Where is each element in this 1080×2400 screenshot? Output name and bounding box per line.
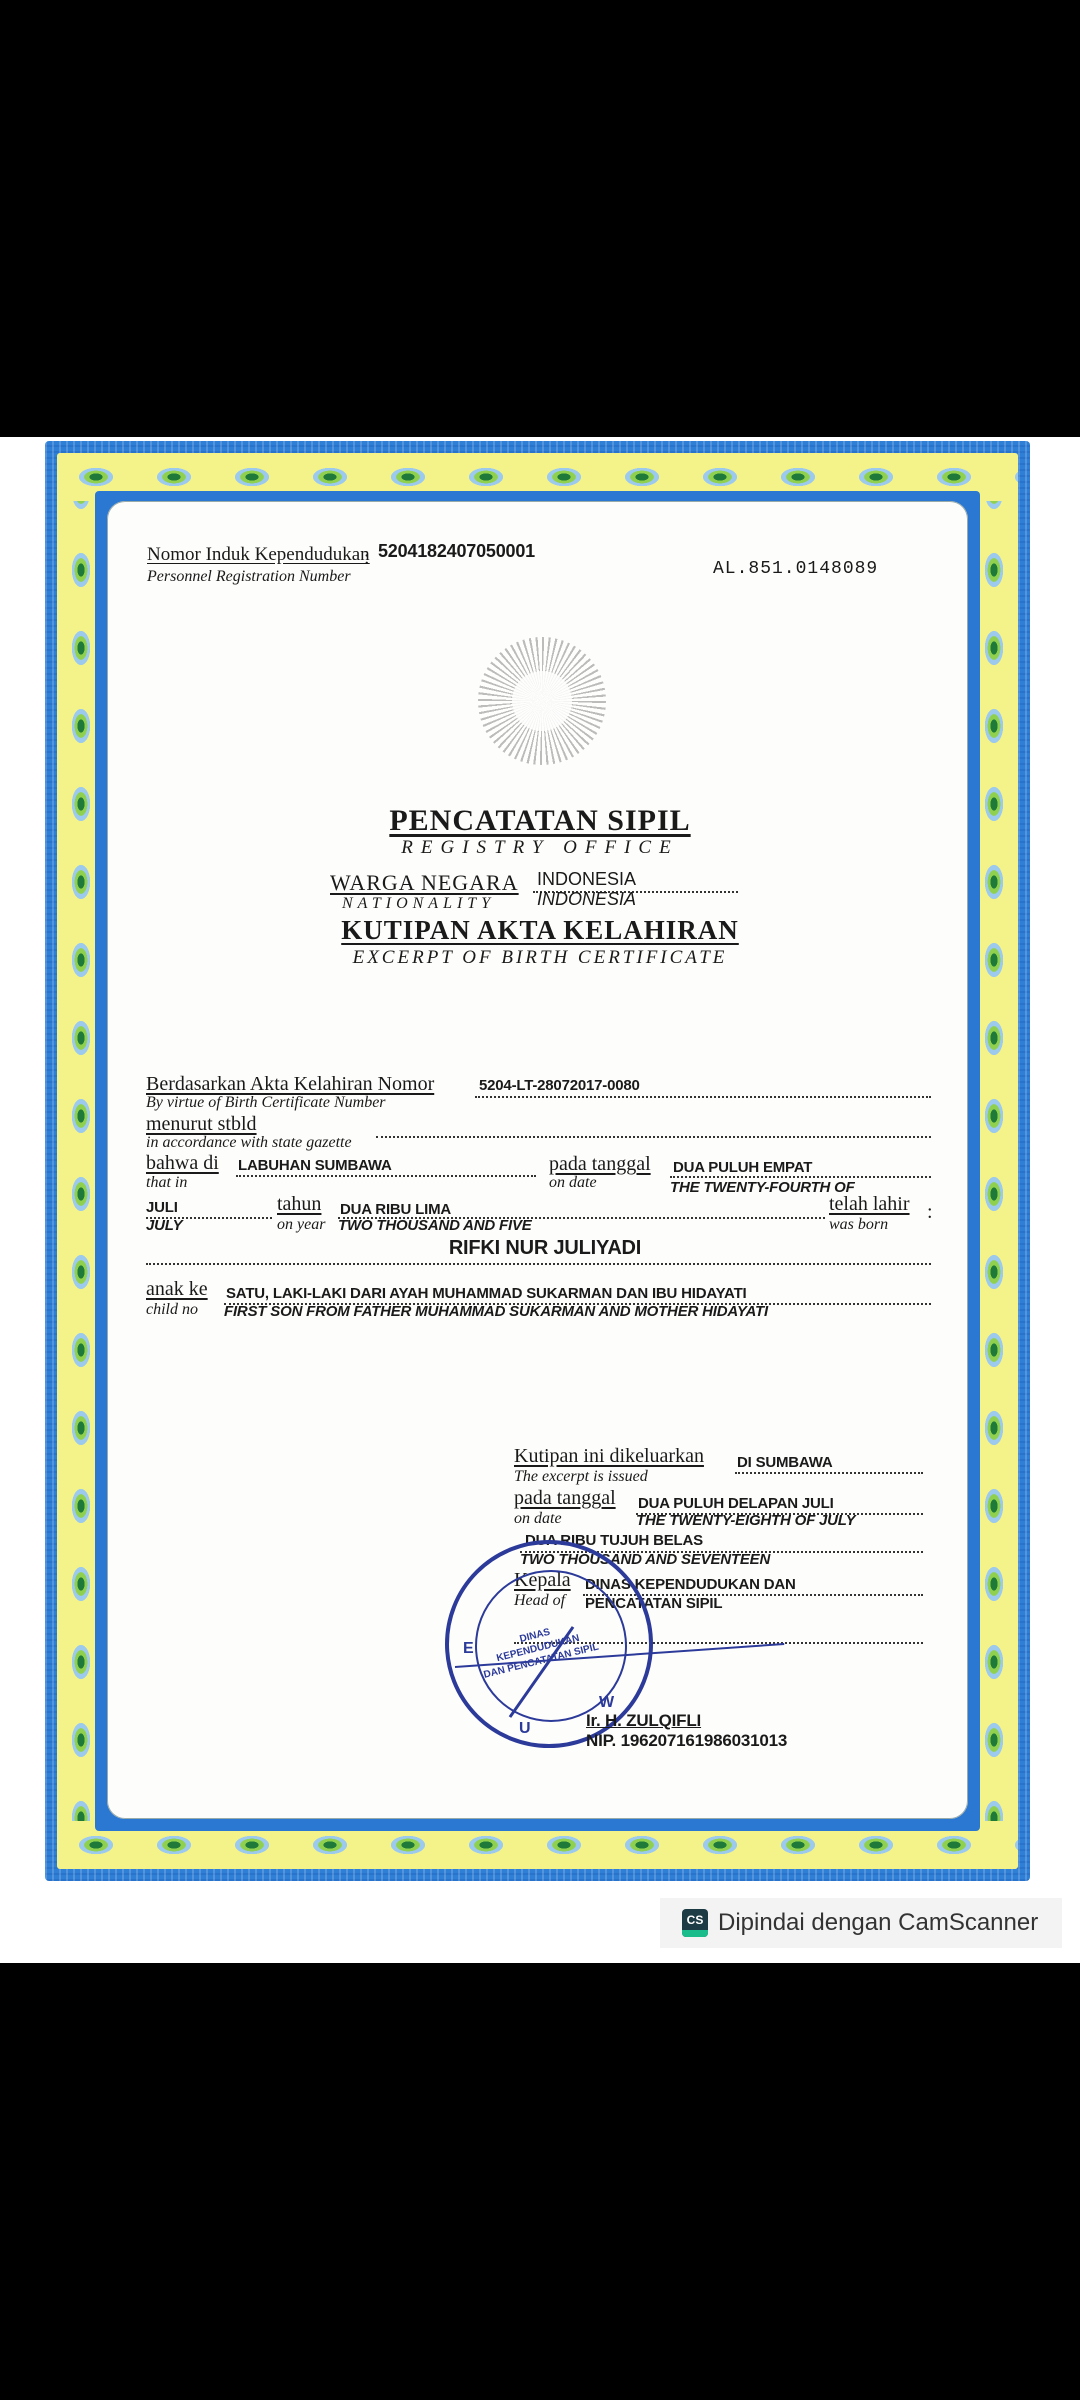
child-no-label: anak ke xyxy=(146,1278,208,1301)
dotted-line xyxy=(376,1136,931,1138)
official-nip: NIP. 196207161986031013 xyxy=(586,1731,787,1751)
office-subtitle: REGISTRY OFFICE xyxy=(0,837,1080,859)
birth-date-value: DUA PULUH EMPAT xyxy=(673,1159,812,1176)
birth-date-label: pada tanggal xyxy=(549,1153,651,1176)
document-subtitle: EXCERPT OF BIRTH CERTIFICATE xyxy=(0,947,1080,969)
issued-date-label: pada tanggal xyxy=(514,1487,616,1510)
birth-date-sublabel: on date xyxy=(549,1174,597,1192)
born-sublabel: was born xyxy=(829,1216,888,1234)
dotted-line xyxy=(146,1263,931,1265)
nik-sublabel: Personnel Registration Number xyxy=(147,568,351,586)
scanned-page: Nomor Induk Kependudukan Personnel Regis… xyxy=(0,437,1080,1963)
camscanner-label: Dipindai dengan CamScanner xyxy=(718,1909,1038,1937)
birth-date-value-en: THE TWENTY-FOURTH OF xyxy=(670,1179,855,1196)
camscanner-watermark: CS Dipindai dengan CamScanner xyxy=(660,1898,1062,1948)
place-sublabel: that in xyxy=(146,1174,187,1192)
dotted-line xyxy=(475,1096,931,1098)
child-no-sublabel: child no xyxy=(146,1301,198,1319)
child-name: RIFKI NUR JULIYADI xyxy=(0,1237,1080,1260)
dotted-line xyxy=(236,1175,536,1177)
nationality-value-en: INDONESIA xyxy=(537,889,636,910)
issued-date-sublabel: on date xyxy=(514,1510,562,1528)
nationality-value: INDONESIA xyxy=(537,869,636,890)
nik-value: 5204182407050001 xyxy=(378,541,535,562)
born-label: telah lahir xyxy=(829,1193,910,1216)
document-title: KUTIPAN AKTA KELAHIRAN xyxy=(0,915,1080,946)
birth-year-value: DUA RIBU LIMA xyxy=(340,1201,451,1218)
stamp-ring-letter: W xyxy=(599,1694,614,1712)
issued-place-value: DI SUMBAWA xyxy=(737,1454,833,1471)
issued-sublabel: The excerpt is issued xyxy=(514,1468,648,1486)
child-no-value: SATU, LAKI-LAKI DARI AYAH MUHAMMAD SUKAR… xyxy=(226,1285,747,1302)
dotted-line xyxy=(670,1176,931,1178)
issued-date-value-en: THE TWENTY-EIGHTH OF JULY xyxy=(636,1512,855,1529)
garuda-emblem-icon xyxy=(478,637,606,765)
stbld-label: menurut stbld xyxy=(146,1113,257,1136)
stamp-ring-letter: E xyxy=(463,1640,474,1658)
place-value: LABUHAN SUMBAWA xyxy=(238,1157,392,1174)
nik-label: Nomor Induk Kependudukan xyxy=(147,544,370,566)
cert-number-sublabel: By virtue of Birth Certificate Number xyxy=(146,1094,386,1112)
official-name: Ir. H. ZULQIFLI xyxy=(586,1711,701,1731)
birth-month-value: JULI xyxy=(146,1199,178,1216)
office-title: PENCATATAN SIPIL xyxy=(0,804,1080,838)
nationality-label: WARGA NEGARA xyxy=(330,870,519,896)
nik-colon: : xyxy=(364,547,370,570)
serial-number: AL.851.0148089 xyxy=(713,559,878,579)
issued-date-value: DUA PULUH DELAPAN JULI xyxy=(638,1495,834,1512)
child-no-value-en: FIRST SON FROM FATHER MUHAMMAD SUKARMAN … xyxy=(224,1303,768,1320)
dotted-line xyxy=(735,1472,923,1474)
place-label: bahwa di xyxy=(146,1152,219,1175)
cert-number-label: Berdasarkan Akta Kelahiran Nomor xyxy=(146,1073,434,1096)
stbld-sublabel: in accordance with state gazette xyxy=(146,1134,352,1152)
birth-year-value-en: TWO THOUSAND AND FIVE xyxy=(338,1217,532,1234)
birth-year-sublabel: on year xyxy=(277,1216,325,1234)
stamp-ring-letter: U xyxy=(519,1720,531,1738)
birth-year-label: tahun xyxy=(277,1193,321,1216)
issued-label: Kutipan ini dikeluarkan xyxy=(514,1445,704,1468)
cert-number-value: 5204-LT-28072017-0080 xyxy=(479,1077,640,1094)
camscanner-cs-icon: CS xyxy=(682,1909,708,1937)
birth-month-value-en: JULY xyxy=(146,1217,182,1234)
nationality-sublabel: NATIONALITY xyxy=(342,895,495,913)
born-colon: : xyxy=(927,1201,933,1224)
